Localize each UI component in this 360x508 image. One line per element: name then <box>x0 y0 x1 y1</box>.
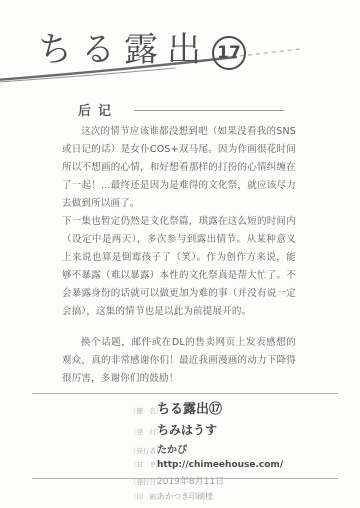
colophon-row-homepage: 〔Ｈ Ｐ〕 http://chimeehouse.com/ <box>130 460 283 470</box>
colophon-value: ちる露出⑰ <box>157 398 222 417</box>
title-text: ちる露出 <box>38 30 210 70</box>
colophon-value: http://chimeehouse.com/ <box>157 460 283 470</box>
colophon: 〔題 名〕 ちる露出⑰ 〔発 行〕 ちみはうす 〔発行者〕 たかぴ 〔Ｈ Ｐ〕 … <box>130 398 283 505</box>
colophon-value: あかつき印刷様 <box>157 491 213 502</box>
colophon-label: 〔発行者〕 <box>130 446 157 455</box>
colophon-row-title: 〔題 名〕 ちる露出⑰ <box>130 398 283 417</box>
colophon-value: 2019年8月11日 <box>157 474 224 487</box>
afterword-heading-row: 后记 <box>78 100 328 119</box>
colophon-label: 〔発 行〕 <box>130 427 157 436</box>
page-title: ちる露出17 <box>38 22 246 71</box>
colophon-row-date: 〔発行日〕 2019年8月11日 <box>130 474 283 487</box>
heading-rule <box>134 110 284 111</box>
colophon-value: ちみはうす <box>157 421 217 438</box>
afterword-paragraph: 下一集也暂定仍然是文化祭篇，琪露在这么短的时间内（设定中是两天），多次参与到露出… <box>62 213 296 321</box>
colophon-label: 〔Ｈ Ｐ〕 <box>130 460 157 469</box>
colophon-value: たかぴ <box>157 441 187 456</box>
colophon-label: 〔題 名〕 <box>130 406 157 415</box>
colophon-label: 〔印 刷〕 <box>130 492 157 501</box>
colophon-row-circle: 〔発 行〕 ちみはうす <box>130 421 283 438</box>
colophon-row-author: 〔発行者〕 たかぴ <box>130 441 283 456</box>
colophon-divider-top <box>32 393 338 394</box>
afterword-heading: 后记 <box>78 104 118 119</box>
afterword-paragraph: 换个话题，邮件或在DL的售卖网页上发表感想的观众，真的非常感谢你们！最近我画漫画… <box>62 334 296 388</box>
colophon-divider-bottom <box>32 478 338 479</box>
afterword-page: ちる露出17 后记 这次的情节应该谁都没想到吧（如果没看我的SNS或日记的话）是… <box>0 0 360 508</box>
colophon-row-printer: 〔印 刷〕 あかつき印刷様 <box>130 491 283 502</box>
afterword-body: 这次的情节应该谁都没想到吧（如果没看我的SNS或日记的话）是女仆COS+双马尾。… <box>62 123 296 388</box>
title-number-badge: 17 <box>212 36 246 70</box>
afterword-paragraph: 这次的情节应该谁都没想到吧（如果没看我的SNS或日记的话）是女仆COS+双马尾。… <box>62 123 296 213</box>
